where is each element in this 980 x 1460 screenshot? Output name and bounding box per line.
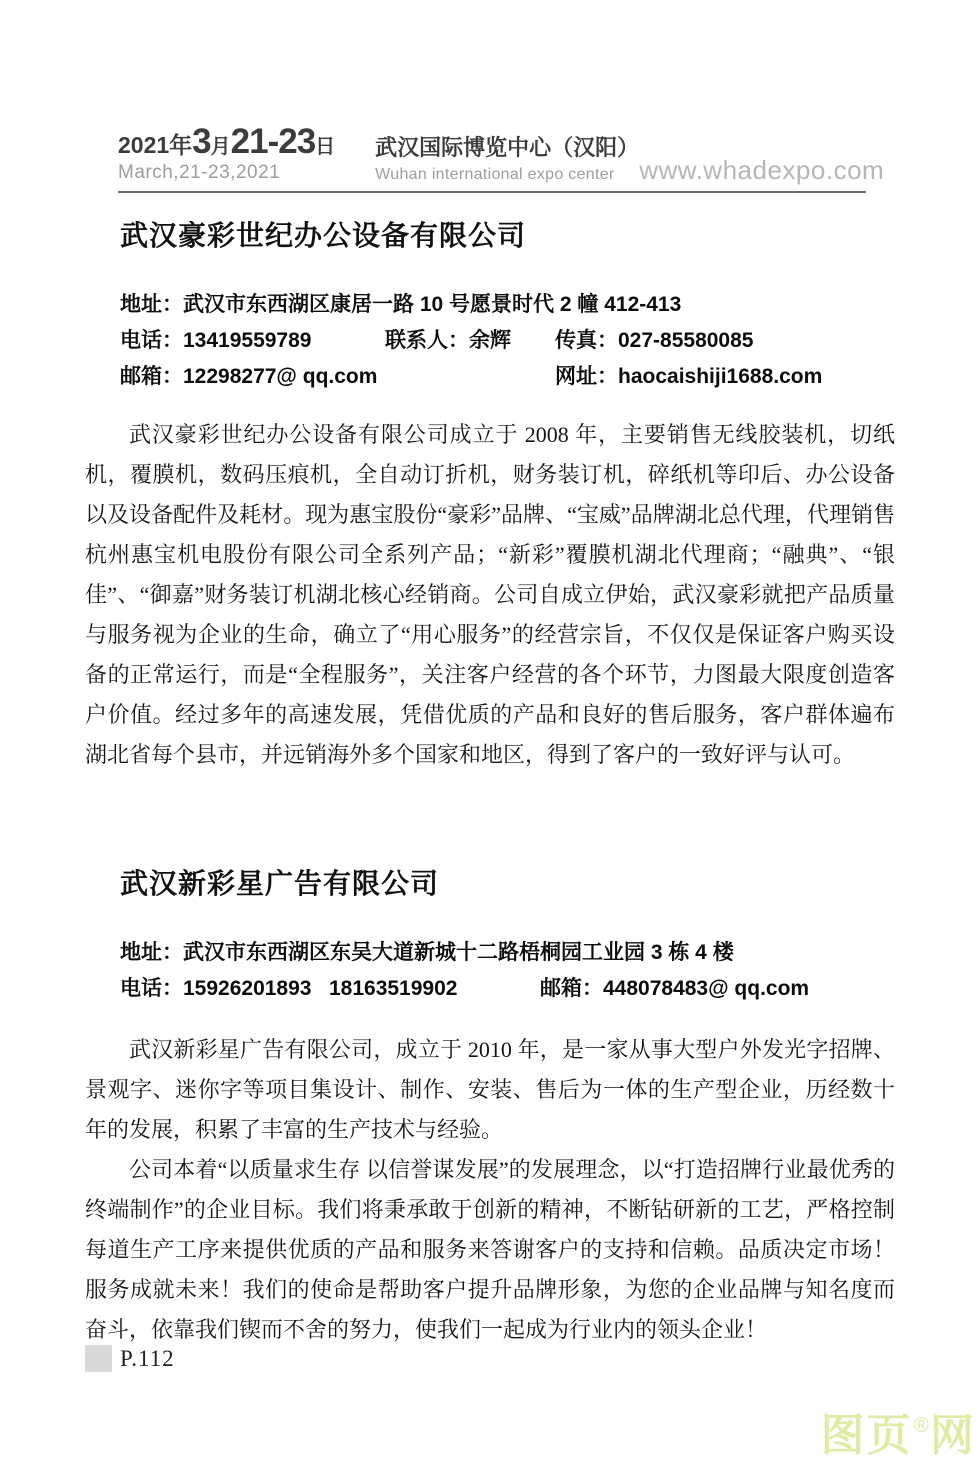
- event-date-cn: 2021年3月21-23日: [118, 124, 335, 159]
- date-days: 21-23: [231, 122, 316, 161]
- website-url: www.whadexpo.com: [639, 157, 884, 184]
- phone-item: 电话：13419559789: [120, 324, 311, 354]
- date-month-char: 月: [211, 136, 231, 158]
- company-2-address-row: 地址：武汉市东西湖区东吴大道新城十二路梧桐园工业园 3 栋 4 楼: [120, 936, 895, 972]
- company-2-intro: 武汉新彩星广告有限公司，成立于 2010 年，是一家从事大型户外发光字招牌、景观…: [85, 1030, 895, 1350]
- event-date: 2021年3月21-23日 March,21-23,2021: [118, 124, 335, 184]
- fax-label: 传真：: [555, 329, 618, 352]
- venue: 武汉国际博览中心（汉阳） Wuhan international expo ce…: [375, 131, 639, 184]
- company-2-paragraph-1: 武汉新彩星广告有限公司，成立于 2010 年，是一家从事大型户外发光字招牌、景观…: [85, 1030, 895, 1150]
- web-item: 网址：haocaishiji1688.com: [555, 360, 822, 390]
- contact-person-item: 联系人：余辉: [385, 324, 511, 354]
- address-label: 地址：: [120, 293, 183, 316]
- date-year: 2021年: [118, 132, 192, 158]
- fax-item: 传真：027-85580085: [555, 324, 753, 354]
- company-2-paragraph-2: 公司本着“以质量求生存 以信誉谋发展”的发展理念，以“打造招牌行业最优秀的终端制…: [85, 1150, 895, 1350]
- footer-square-decoration: [85, 1345, 112, 1372]
- web-label: 网址：: [555, 365, 618, 388]
- date-day-char: 日: [315, 136, 335, 158]
- page-header: 2021年3月21-23日 March,21-23,2021 武汉国际博览中心（…: [118, 124, 866, 193]
- company-1-contacts: 地址：武汉市东西湖区康居一路 10 号愿景时代 2 幢 412-413 电话：1…: [120, 288, 895, 396]
- watermark: 图页®网: [821, 1412, 976, 1460]
- address-item: 地址：武汉市东西湖区东吴大道新城十二路梧桐园工业园 3 栋 4 楼: [120, 936, 734, 966]
- phone-value: 15926201893 18163519902: [183, 977, 457, 1000]
- phone-label: 电话：: [120, 329, 183, 352]
- address-value: 武汉市东西湖区东吴大道新城十二路梧桐园工业园 3 栋 4 楼: [183, 941, 734, 964]
- date-month-num: 3: [192, 122, 210, 161]
- company-1-intro: 武汉豪彩世纪办公设备有限公司成立于 2008 年，主要销售无线胶装机，切纸机，覆…: [85, 415, 895, 775]
- company-1-address-row: 地址：武汉市东西湖区康居一路 10 号愿景时代 2 幢 412-413: [120, 288, 895, 324]
- venue-name-cn: 武汉国际博览中心（汉阳）: [375, 131, 639, 162]
- phone-item: 电话：15926201893 18163519902: [120, 972, 457, 1002]
- event-date-en: March,21-23,2021: [118, 162, 335, 184]
- company-1-email-row: 邮箱：12298277@ qq.com 网址：haocaishiji1688.c…: [120, 360, 895, 396]
- email-value: 12298277@ qq.com: [183, 365, 377, 388]
- email-value: 448078483@ qq.com: [603, 977, 809, 1000]
- contact-person-value: 余辉: [469, 329, 511, 352]
- address-label: 地址：: [120, 941, 183, 964]
- company-2-name: 武汉新彩星广告有限公司: [120, 862, 895, 902]
- fax-value: 027-85580085: [618, 329, 753, 352]
- registered-mark-icon: ®: [914, 1414, 929, 1437]
- watermark-text-2: 网: [930, 1411, 976, 1460]
- company-1-paragraph: 武汉豪彩世纪办公设备有限公司成立于 2008 年，主要销售无线胶装机，切纸机，覆…: [85, 415, 895, 775]
- email-item: 邮箱：448078483@ qq.com: [540, 972, 809, 1002]
- address-item: 地址：武汉市东西湖区康居一路 10 号愿景时代 2 幢 412-413: [120, 288, 681, 318]
- email-item: 邮箱：12298277@ qq.com: [120, 360, 377, 390]
- company-1-phone-row: 电话：13419559789 联系人：余辉 传真：027-85580085: [120, 324, 895, 360]
- email-label: 邮箱：: [540, 977, 603, 1000]
- watermark-text-1: 图页: [821, 1411, 913, 1460]
- page-number: P.112: [120, 1346, 175, 1372]
- contact-person-label: 联系人：: [385, 329, 469, 352]
- company-2-contacts: 地址：武汉市东西湖区东吴大道新城十二路梧桐园工业园 3 栋 4 楼 电话：159…: [120, 936, 895, 1008]
- email-label: 邮箱：: [120, 365, 183, 388]
- phone-value: 13419559789: [183, 329, 311, 352]
- page-footer: P.112: [85, 1345, 175, 1372]
- phone-label: 电话：: [120, 977, 183, 1000]
- company-1-name: 武汉豪彩世纪办公设备有限公司: [120, 214, 895, 254]
- web-value: haocaishiji1688.com: [618, 365, 822, 388]
- address-value: 武汉市东西湖区康居一路 10 号愿景时代 2 幢 412-413: [183, 293, 681, 316]
- company-2-phone-row: 电话：15926201893 18163519902 邮箱：448078483@…: [120, 972, 895, 1008]
- venue-name-en: Wuhan international expo center: [375, 166, 639, 184]
